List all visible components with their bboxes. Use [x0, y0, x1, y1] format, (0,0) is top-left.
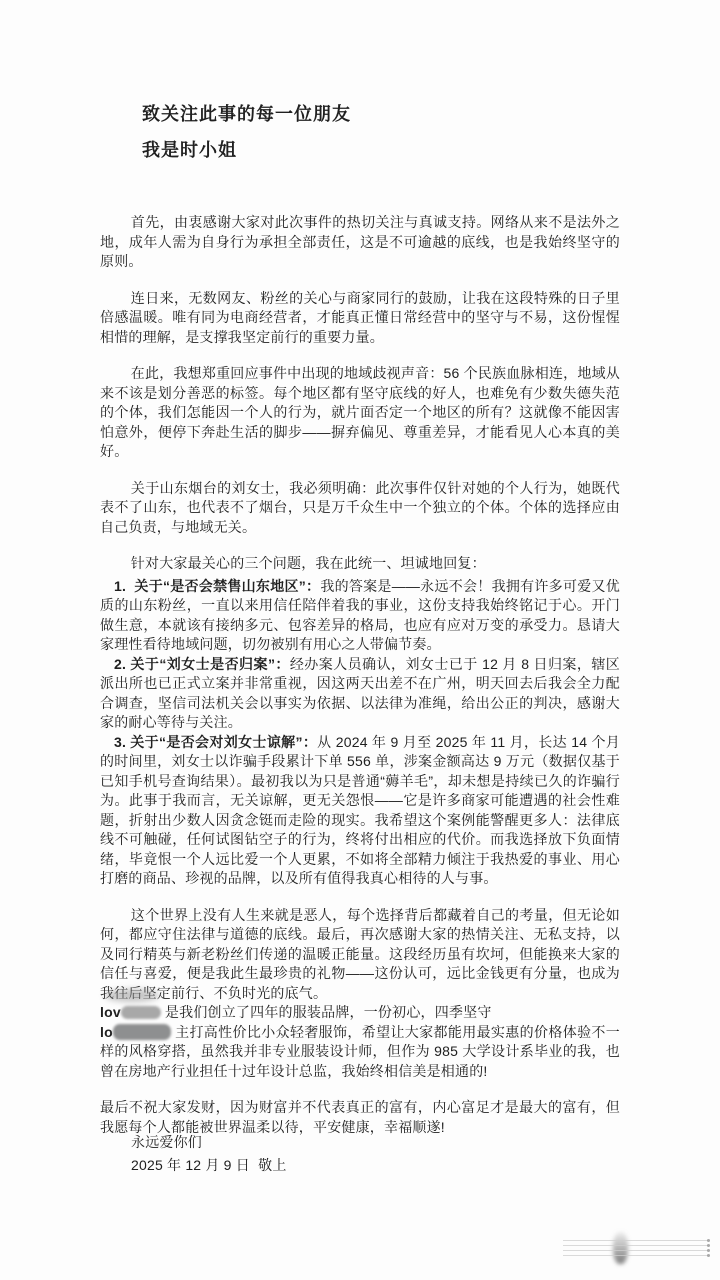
- signature-date-line: 2025 年 12 月 9 日 敬上: [131, 1154, 287, 1177]
- question-1: 1. 关于“是否会禁售山东地区”：我的答案是——永远不会！我拥有许多可爱又优质的…: [100, 577, 620, 655]
- brand-line-1: lov 是我们创立了四年的服装品牌，一份初心，四季坚守: [100, 1003, 620, 1023]
- paragraph-about-ms-liu: 关于山东烟台的刘女士，我必须明确：此次事件仅针对她的个人行为，她既代表不了山东，…: [100, 479, 620, 538]
- signature-line-1: 永远爱你们: [131, 1131, 287, 1154]
- paragraph-opening-thanks: 首先，由衷感谢大家对此次事件的热切关注与真诚支持。网络从来不是法外之地，成年人需…: [100, 213, 620, 272]
- watermark: [563, 1240, 708, 1264]
- question-1-heading: 1. 关于“是否会禁售山东地区”：: [114, 578, 320, 594]
- statement-letter-page: 致关注此事的每一位朋友 我是时小姐 首先，由衷感谢大家对此次事件的热切关注与真诚…: [0, 0, 720, 1280]
- brand-line-1-text: 是我们创立了四年的服装品牌，一份初心，四季坚守: [161, 1004, 492, 1020]
- heading-line-1: 致关注此事的每一位朋友: [142, 104, 602, 124]
- question-3: 3. 关于“是否会对刘女士谅解”：从 2024 年 9 月至 2025 年 11…: [100, 733, 620, 889]
- watermark-line: [563, 1255, 708, 1256]
- question-3-answer: 从 2024 年 9 月至 2025 年 11 月，长达 14 个月的时间里，刘…: [100, 734, 620, 887]
- letter-body: 首先，由衷感谢大家对此次事件的热切关注与真诚支持。网络从来不是法外之地，成年人需…: [100, 213, 620, 1137]
- brand-line-2: lo 主打高性价比小众轻奢服饰，希望让大家都能用最实惠的价格体验不一样的风格穿搭…: [100, 1023, 620, 1082]
- paragraph-regional-discrimination: 在此，我想郑重回应事件中出现的地域歧视声音：56 个民族血脉相连，地域从来不该是…: [100, 364, 620, 462]
- redacted-brand-name-1: [121, 1006, 161, 1019]
- watermark-line: [563, 1240, 708, 1241]
- question-2: 2. 关于“刘女士是否归案”：经办案人员确认，刘女士已于 12 月 8 日归案，…: [100, 655, 620, 733]
- letter-heading: 致关注此事的每一位朋友 我是时小姐: [142, 104, 602, 176]
- paragraph-peer-support: 连日来，无数网友、粉丝的关心与商家同行的鼓励，让我在这段特殊的日子里倍感温暖。唯…: [100, 289, 620, 348]
- watermark-line: [563, 1250, 708, 1251]
- heading-line-2: 我是时小姐: [142, 140, 602, 160]
- letter-signature: 永远爱你们 2025 年 12 月 9 日 敬上: [131, 1131, 287, 1177]
- paragraph-gratitude-closing: 这个世界上没有人生来就是恶人，每个选择背后都藏着自己的考量，但无论如何，都应守住…: [100, 906, 620, 1004]
- question-2-heading: 2. 关于“刘女士是否归案”：: [114, 656, 290, 672]
- brand-name-prefix-1: lov: [100, 1004, 121, 1020]
- watermark-line: [563, 1245, 708, 1246]
- paragraph-three-questions-intro: 针对大家最关心的三个问题，我在此统一、坦诚地回复：: [100, 554, 620, 574]
- redacted-brand-name-2: [113, 1024, 171, 1040]
- brand-line-2-text: 主打高性价比小众轻奢服饰，希望让大家都能用最实惠的价格体验不一样的风格穿搭，虽然…: [100, 1024, 620, 1079]
- brand-name-prefix-2: lo: [100, 1024, 113, 1040]
- watermark-smudge: [613, 1232, 628, 1264]
- question-3-heading: 3. 关于“是否会对刘女士谅解”：: [114, 734, 317, 750]
